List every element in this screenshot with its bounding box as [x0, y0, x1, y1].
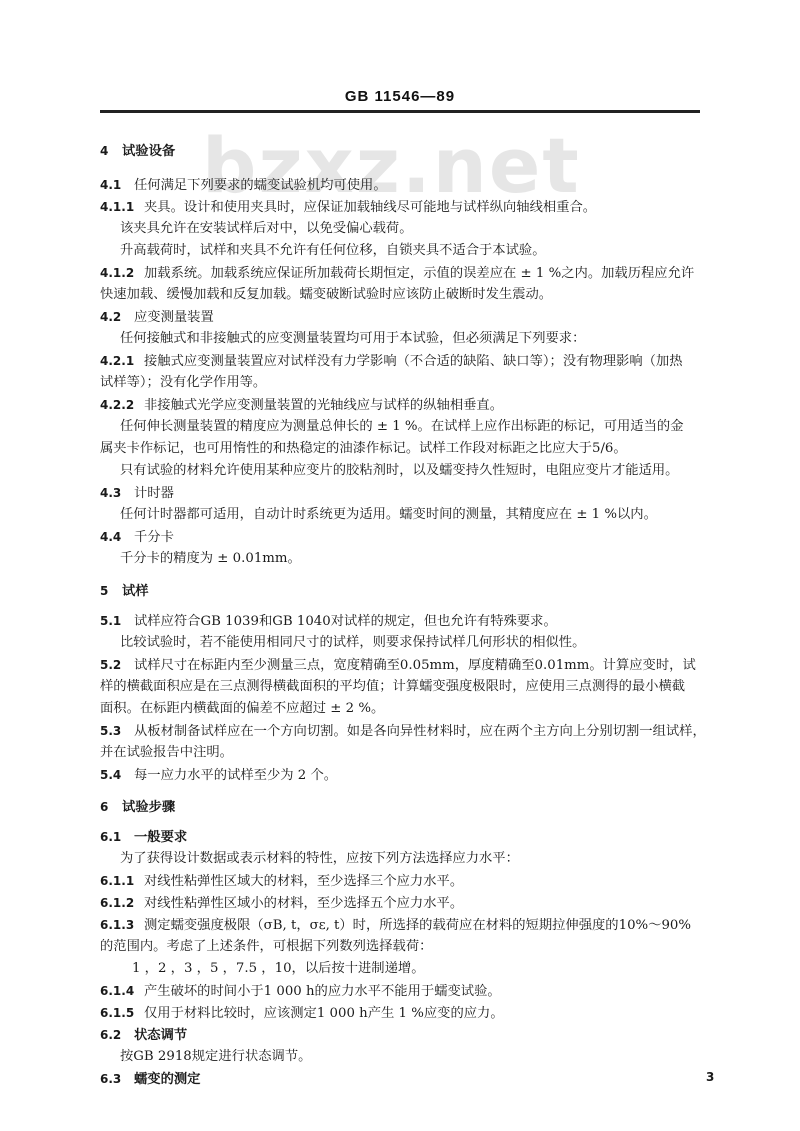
- clause-text: 试样尺寸在标距内至少测量三点，宽度精确至0.05mm，厚度精确至0.01mm。计…: [134, 658, 696, 673]
- header-rule: [100, 110, 700, 113]
- paragraph-line: 任何计时器都可适用，自动计时系统更为适用。蠕变时间的测量，其精度应在 ± 1 %…: [100, 506, 657, 524]
- clause-text: 蠕变的测定: [134, 1072, 200, 1087]
- clause-number: 6: [100, 798, 122, 816]
- paragraph-line: 并在试验报告中注明。: [100, 744, 233, 762]
- clause: 6.1.1对线性粘弹性区域大的材料，至少选择三个应力水平。: [100, 872, 463, 891]
- clause-number: 5.3: [100, 722, 134, 740]
- clause: 5.2试样尺寸在标距内至少测量三点，宽度精确至0.05mm，厚度精确至0.01m…: [100, 656, 696, 675]
- clause: 4.2.2非接触式光学应变测量装置的光轴线应与试样的纵轴相垂直。: [100, 396, 503, 415]
- clause: 6.1.3测定蠕变强度极限（σB, t，σε, t）时，所选择的载荷应在材料的短…: [100, 916, 691, 935]
- clause: 6.1一般要求: [100, 828, 187, 847]
- clause: 4.1.2加载系统。加载系统应保证所加载荷长期恒定，示值的误差应在 ± 1 %之…: [100, 264, 694, 283]
- clause-text: 任何满足下列要求的蠕变试验机均可使用。: [134, 178, 387, 193]
- paragraph-line: 快速加载、缓慢加载和反复加载。蠕变破断试验时应该防止破断时发生震动。: [100, 286, 552, 304]
- clause-text: 产生破坏的时间小于1 000 h的应力水平不能用于蠕变试验。: [144, 984, 501, 999]
- clause: 6.1.4产生破坏的时间小于1 000 h的应力水平不能用于蠕变试验。: [100, 982, 501, 1001]
- section-heading: 5试样: [100, 582, 149, 601]
- clause-text: 测定蠕变强度极限（σB, t，σε, t）时，所选择的载荷应在材料的短期拉伸强度…: [144, 918, 691, 933]
- clause: 6.1.5仅用于材料比较时，应该测定1 000 h产生 1 %应变的应力。: [100, 1004, 504, 1023]
- clause-number: 6.1: [100, 828, 134, 846]
- section-heading: 6试验步骤: [100, 798, 175, 817]
- clause-text: 夹具。设计和使用夹具时，应保证加载轴线尽可能地与试样纵向轴线相重合。: [144, 200, 596, 215]
- clause: 5.1试样应符合GB 1039和GB 1040对试样的规定，但也允许有特殊要求。: [100, 612, 557, 631]
- paragraph-line: 的范围内。考虑了上述条件，可根据下列数列选择载荷：: [100, 938, 432, 956]
- clause-text: 加载系统。加载系统应保证所加载荷长期恒定，示值的误差应在 ± 1 %之内。加载历…: [144, 266, 694, 281]
- clause-number: 6.1.5: [100, 1004, 144, 1022]
- clause-text: 计时器: [134, 486, 174, 501]
- clause-number: 5: [100, 582, 122, 600]
- paragraph-line: 千分卡的精度为 ± 0.01mm。: [100, 550, 301, 568]
- clause-number: 6.1.2: [100, 894, 144, 912]
- clause: 4.2应变测量装置: [100, 308, 214, 327]
- clause-number: 4.2.2: [100, 396, 144, 414]
- paragraph-line: 按GB 2918规定进行状态调节。: [100, 1048, 311, 1066]
- section-heading: 4试验设备: [100, 142, 175, 161]
- clause: 4.4千分卡: [100, 528, 174, 547]
- clause-number: 4.1.1: [100, 198, 144, 216]
- clause-number: 5.1: [100, 612, 134, 630]
- paragraph-line: 1 ，2 ，3 ，5 ，7.5 ，10，以后按十进制递增。: [100, 960, 425, 978]
- clause-number: 4.2.1: [100, 352, 144, 370]
- clause-number: 4.4: [100, 528, 134, 546]
- paragraph-line: 升高载荷时，试样和夹具不允许有任何位移，自锁夹具不适合于本试验。: [100, 242, 546, 260]
- clause-number: 5.4: [100, 766, 134, 784]
- clause-number: 4.1.2: [100, 264, 144, 282]
- clause-text: 试样: [122, 584, 149, 599]
- clause: 4.1.1夹具。设计和使用夹具时，应保证加载轴线尽可能地与试样纵向轴线相重合。: [100, 198, 596, 217]
- paragraph-line: 比较试验时，若不能使用相同尺寸的试样，则要求保持试样几何形状的相似性。: [100, 634, 585, 652]
- paragraph-line: 面积。在标距内横截面的偏差不应超过 ± 2 %。: [100, 700, 384, 718]
- clause-number: 5.2: [100, 656, 134, 674]
- clause: 6.1.2对线性粘弹性区域小的材料，至少选择五个应力水平。: [100, 894, 463, 913]
- clause-text: 千分卡: [134, 530, 174, 545]
- clause-text: 对线性粘弹性区域小的材料，至少选择五个应力水平。: [144, 896, 463, 911]
- clause-text: 试验步骤: [122, 800, 175, 815]
- clause-text: 每一应力水平的试样至少为 2 个。: [134, 768, 337, 783]
- clause: 4.1任何满足下列要求的蠕变试验机均可使用。: [100, 176, 387, 195]
- clause-number: 6.1.1: [100, 872, 144, 890]
- clause-text: 从板材制备试样应在一个方向切割。如是各向异性材料时，应在两个主方向上分别切割一组…: [134, 724, 706, 739]
- clause-text: 仅用于材料比较时，应该测定1 000 h产生 1 %应变的应力。: [144, 1006, 504, 1021]
- clause: 6.3蠕变的测定: [100, 1070, 200, 1089]
- clause-text: 对线性粘弹性区域大的材料，至少选择三个应力水平。: [144, 874, 463, 889]
- clause-text: 状态调节: [134, 1028, 187, 1043]
- clause: 5.4每一应力水平的试样至少为 2 个。: [100, 766, 337, 785]
- clause-number: 4.1: [100, 176, 134, 194]
- paragraph-line: 该夹具允许在安装试样后对中，以免受偏心载荷。: [100, 220, 413, 238]
- clause-text: 试验设备: [122, 144, 175, 159]
- paragraph-line: 为了获得设计数据或表示材料的特性，应按下列方法选择应力水平：: [100, 850, 519, 868]
- clause-number: 6.2: [100, 1026, 134, 1044]
- standard-header: GB 11546—89: [0, 88, 800, 105]
- clause: 6.2状态调节: [100, 1026, 187, 1045]
- clause: 4.2.1接触式应变测量装置应对试样没有力学影响（不合适的缺陷、缺口等）；没有物…: [100, 352, 683, 371]
- clause-number: 6.1.3: [100, 916, 144, 934]
- clause-text: 接触式应变测量装置应对试样没有力学影响（不合适的缺陷、缺口等）；没有物理影响（加…: [144, 354, 683, 369]
- clause-number: 4: [100, 142, 122, 160]
- clause-text: 一般要求: [134, 830, 187, 845]
- clause-number: 4.2: [100, 308, 134, 326]
- clause: 4.3计时器: [100, 484, 174, 503]
- paragraph-line: 只有试验的材料允许使用某种应变片的胶粘剂时，以及蠕变持久性短时，电阻应变片才能适…: [100, 462, 678, 480]
- document-page: GB 11546—89 bzxz.net 4试验设备4.1任何满足下列要求的蠕变…: [0, 0, 800, 1131]
- clause-number: 6.1.4: [100, 982, 144, 1000]
- clause-text: 非接触式光学应变测量装置的光轴线应与试样的纵轴相垂直。: [144, 398, 503, 413]
- clause-number: 4.3: [100, 484, 134, 502]
- paragraph-line: 任何接触式和非接触式的应变测量装置均可用于本试验，但必须满足下列要求：: [100, 330, 585, 348]
- clause-text: 应变测量装置: [134, 310, 214, 325]
- page-number: 3: [706, 1070, 714, 1084]
- paragraph-line: 试样等）；没有化学作用等。: [100, 374, 266, 392]
- paragraph-line: 任何伸长测量装置的精度应为测量总伸长的 ± 1 %。在试样上应作出标距的标记，可…: [100, 418, 684, 436]
- clause-number: 6.3: [100, 1070, 134, 1088]
- paragraph-line: 属夹卡作标记，也可用惰性的和热稳定的油漆作标记。试样工作段对标距之比应大于5/6…: [100, 440, 627, 458]
- paragraph-line: 样的横截面积应是在三点测得横截面积的平均值；计算蠕变强度极限时，应使用三点测得的…: [100, 678, 685, 696]
- clause-text: 试样应符合GB 1039和GB 1040对试样的规定，但也允许有特殊要求。: [134, 614, 557, 629]
- clause: 5.3从板材制备试样应在一个方向切割。如是各向异性材料时，应在两个主方向上分别切…: [100, 722, 706, 741]
